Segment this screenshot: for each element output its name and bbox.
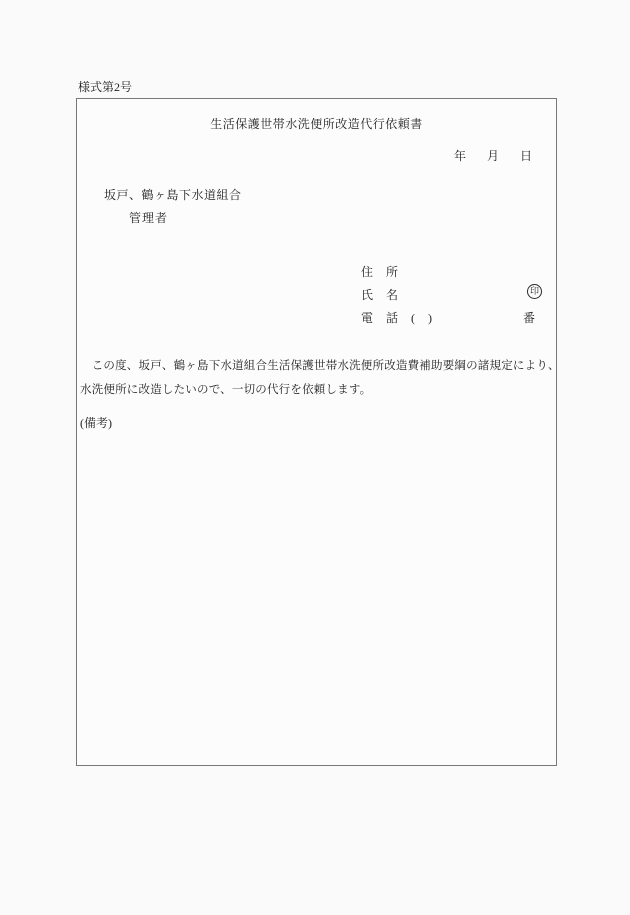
seal-character: 印 [530, 287, 539, 296]
phone-unit-label: 番 [523, 309, 535, 326]
document-title: 生活保護世帯水洗便所改造代行依頼書 [77, 115, 556, 132]
form-number-label: 様式第2号 [78, 78, 132, 95]
document-page: 様式第2号 生活保護世帯水洗便所改造代行依頼書 年 月 日 坂戸、鶴ヶ島下水道組… [0, 0, 630, 915]
applicant-phone-label: 電 話 ( ) [361, 309, 433, 326]
body-line-1: この度、坂戸、鶴ヶ島下水道組合生活保護世帯水洗便所改造費補助要綱の諸規定により、 [80, 354, 548, 378]
remarks-label: (備考) [80, 414, 112, 431]
addressee-organization: 坂戸、鶴ヶ島下水道組合 [104, 186, 242, 203]
date-month-label: 月 [487, 147, 499, 164]
form-border-box: 生活保護世帯水洗便所改造代行依頼書 年 月 日 坂戸、鶴ヶ島下水道組合 管理者 … [76, 98, 557, 766]
date-year-label: 年 [454, 147, 466, 164]
seal-icon: 印 [527, 284, 542, 299]
body-line-2: 水洗便所に改造したいので、一切の代行を依頼します。 [80, 378, 548, 402]
applicant-address-label: 住 所 [361, 263, 399, 280]
date-line: 年 月 日 [454, 147, 532, 164]
applicant-name-label: 氏 名 [361, 286, 399, 303]
addressee-role: 管理者 [129, 209, 168, 226]
body-paragraph: この度、坂戸、鶴ヶ島下水道組合生活保護世帯水洗便所改造費補助要綱の諸規定により、… [80, 354, 548, 402]
date-day-label: 日 [520, 147, 532, 164]
